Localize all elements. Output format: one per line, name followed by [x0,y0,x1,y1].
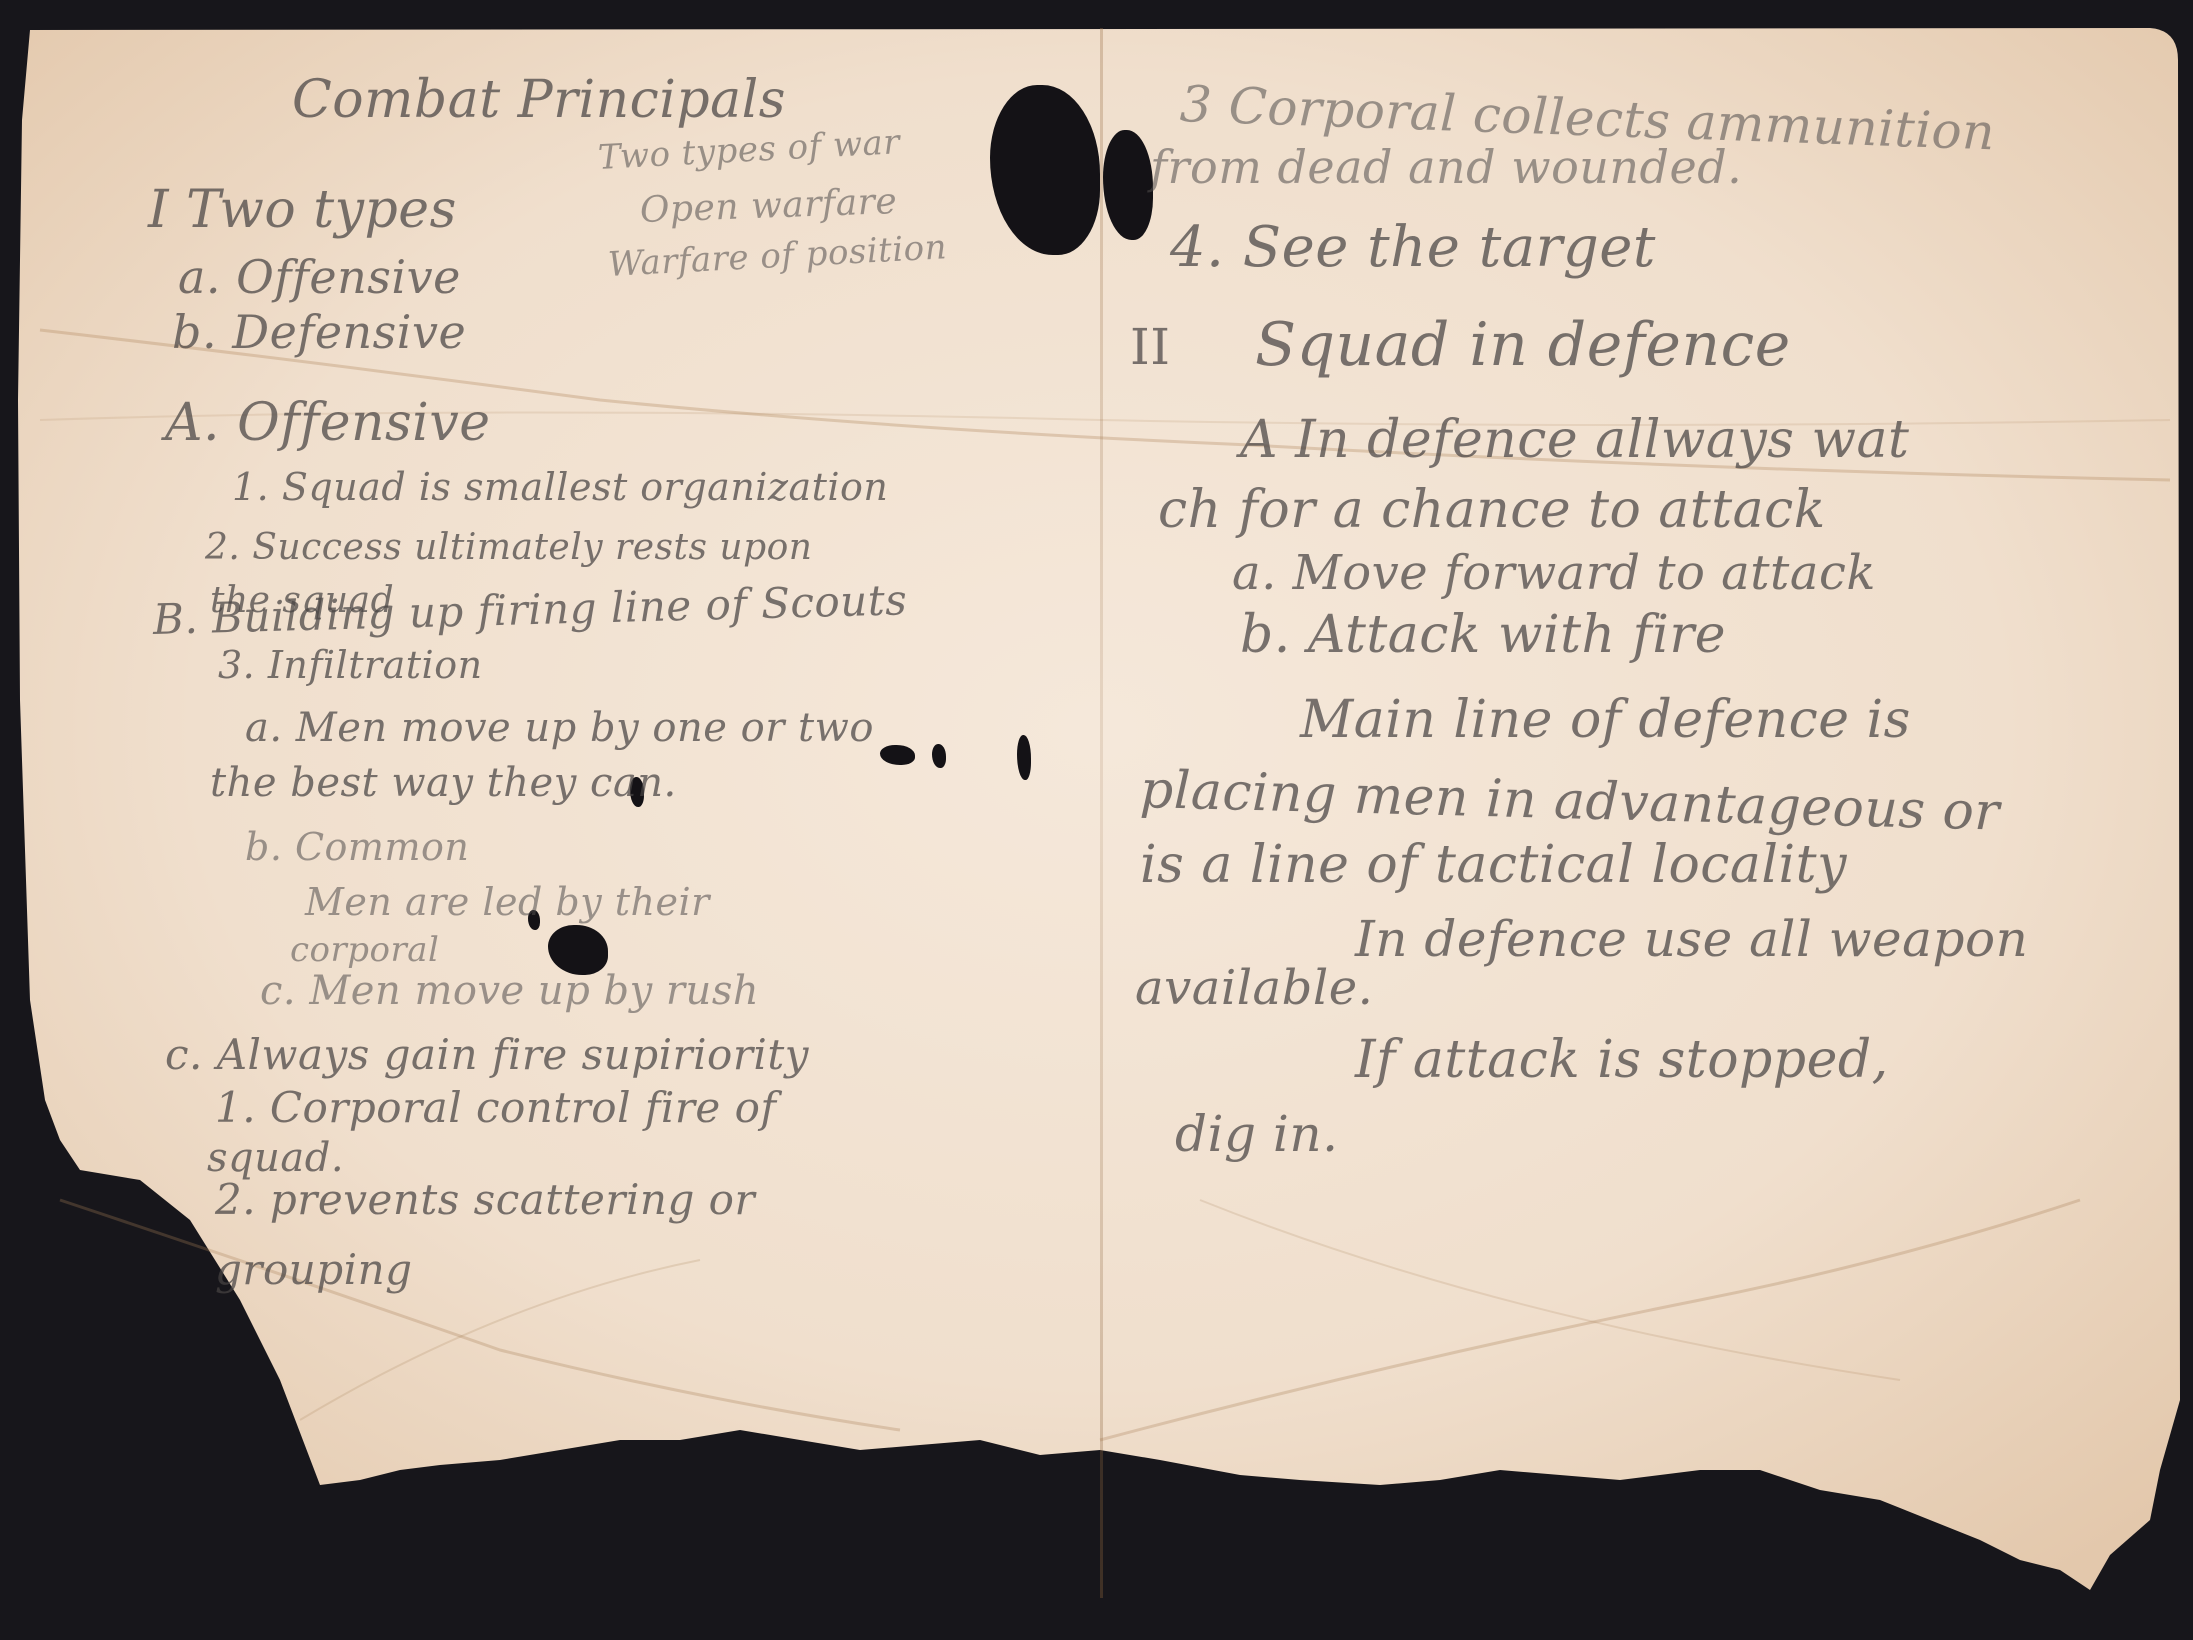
section-ii-heading: Squad in defence [1255,310,1791,380]
section-i-item-a: a. Offensive [178,250,461,304]
section-c-item-2: 2. prevents scattering or [215,1175,755,1224]
section-a-item-3b-cont2: corporal [290,930,439,970]
section-i-heading: I Two types [148,180,457,240]
section-a-item-1: 1. Squad is smallest organization [232,465,888,509]
right-item-4: 4. See the target [1170,215,1656,280]
burn-hole [1017,735,1031,780]
defence-para2-line1: In defence use all weapon [1355,910,2028,968]
document-title: Combat Principals [292,70,786,130]
section-a-item-3a: a. Men move up by one or two [245,705,874,751]
section-a-item-3b: b. Common [245,825,469,869]
defence-para3-line1: If attack is stopped, [1355,1030,1889,1090]
section-a-item-2: 2. Success ultimately rests upon [205,527,812,568]
defence-para1-line3: is a line of tactical locality [1140,835,1847,895]
section-i-item-b: b. Defensive [172,305,466,359]
section-c-heading: c. Always gain fire supiriority [165,1030,809,1079]
section-ii-item-a-cont: ch for a chance to attack [1158,480,1826,540]
defence-para1-line1: Main line of defence is [1300,690,1911,750]
burn-hole [932,744,946,768]
document-sheet: Combat Principals Two types of war Open … [0,0,2193,1640]
section-a-item-3a-cont: the best way they can. [210,760,677,806]
section-a-item-3c: c. Men move up by rush [260,968,759,1014]
defence-para2-line2: available. [1135,960,1373,1016]
section-c-item-2-cont: grouping [215,1245,413,1294]
section-ii-sub-b: b. Attack with fire [1240,605,1726,665]
center-fold-line [1100,28,1103,1598]
defence-para3-line2: dig in. [1175,1105,1339,1163]
section-c-item-1: 1. Corporal control fire of [215,1083,776,1132]
section-ii-sub-a: a. Move forward to attack [1232,545,1876,601]
right-item-3-cont: from dead and wounded. [1150,140,1742,194]
section-ii-item-a: A In defence allways wat [1240,410,1909,470]
section-a-item-3-infiltration: 3. Infiltration [218,643,483,687]
section-ii-numeral: II [1130,318,1171,376]
section-a-heading: A. Offensive [165,393,490,453]
section-a-item-3b-cont1: Men are led by their [305,880,710,924]
